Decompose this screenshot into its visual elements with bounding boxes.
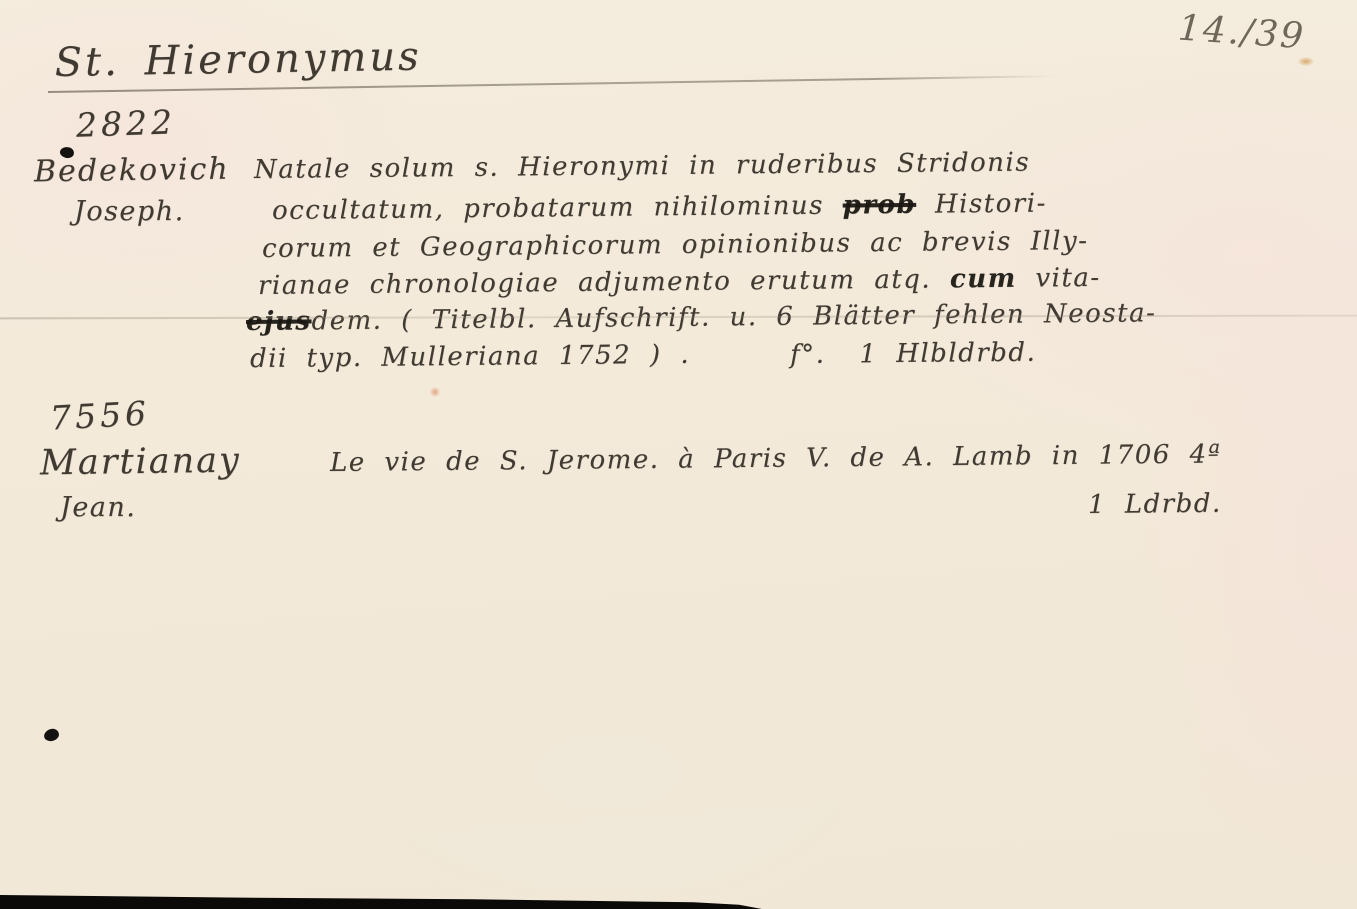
entry1-shelf-number: 2822 [75, 102, 176, 144]
entry1-line2-pre: occultatum, probatarum nihilominus [272, 191, 843, 226]
entry2-shelf-number: 7556 [49, 393, 151, 437]
entry2-author-first: Jean. [60, 492, 136, 523]
entry1-note-line-6: dii typ. Mulleriana 1752 ) . [250, 340, 690, 374]
entry1-title-line-2: occultatum, probatarum nihilominus prob … [272, 189, 1047, 226]
subject-heading: St. Hieronymus [54, 34, 422, 86]
entry1-line4-pre: rianae chronologiae adjumento erutum atq… [258, 264, 950, 301]
entry1-binding: 1 Hlbldrbd. [859, 338, 1036, 370]
entry1-line2-post: Histori- [916, 189, 1047, 220]
ink-blot [43, 728, 60, 742]
paper-stain [430, 387, 440, 397]
entry1-title-line-3: corum et Geographicorum opinionibus ac b… [262, 226, 1089, 264]
entry1-title-line-4: rianae chronologiae adjumento erutum atq… [258, 263, 1101, 301]
corner-foliation-note: 14./39 [1177, 8, 1307, 58]
entry1-line4-post: vita- [1016, 263, 1100, 294]
paper-stain [1298, 57, 1314, 66]
entry1-line4-blotted-word: cum [950, 264, 1017, 295]
scan-dark-edge [0, 895, 762, 909]
entry2-binding: 1 Ldrbd. [1088, 489, 1222, 520]
catalog-card-scan: 14./39 St. Hieronymus 2822 Bedekovich Jo… [0, 0, 1357, 909]
entry1-title-line-1: Natale solum s. Hieronymi in ruderibus S… [254, 148, 1030, 185]
entry1-line2-struck-word: prob [843, 190, 917, 221]
entry1-author-first: Joseph. [74, 196, 185, 227]
entry1-line5-struck-word: ejus [246, 306, 312, 337]
entry1-format: f°. [790, 340, 826, 370]
entry2-author-last: Martianay [40, 441, 241, 484]
entry2-title-line: Le vie de S. Jerome. à Paris V. de A. La… [330, 439, 1222, 478]
entry1-format-binding: f°.1 Hlbldrbd. [790, 338, 1037, 370]
